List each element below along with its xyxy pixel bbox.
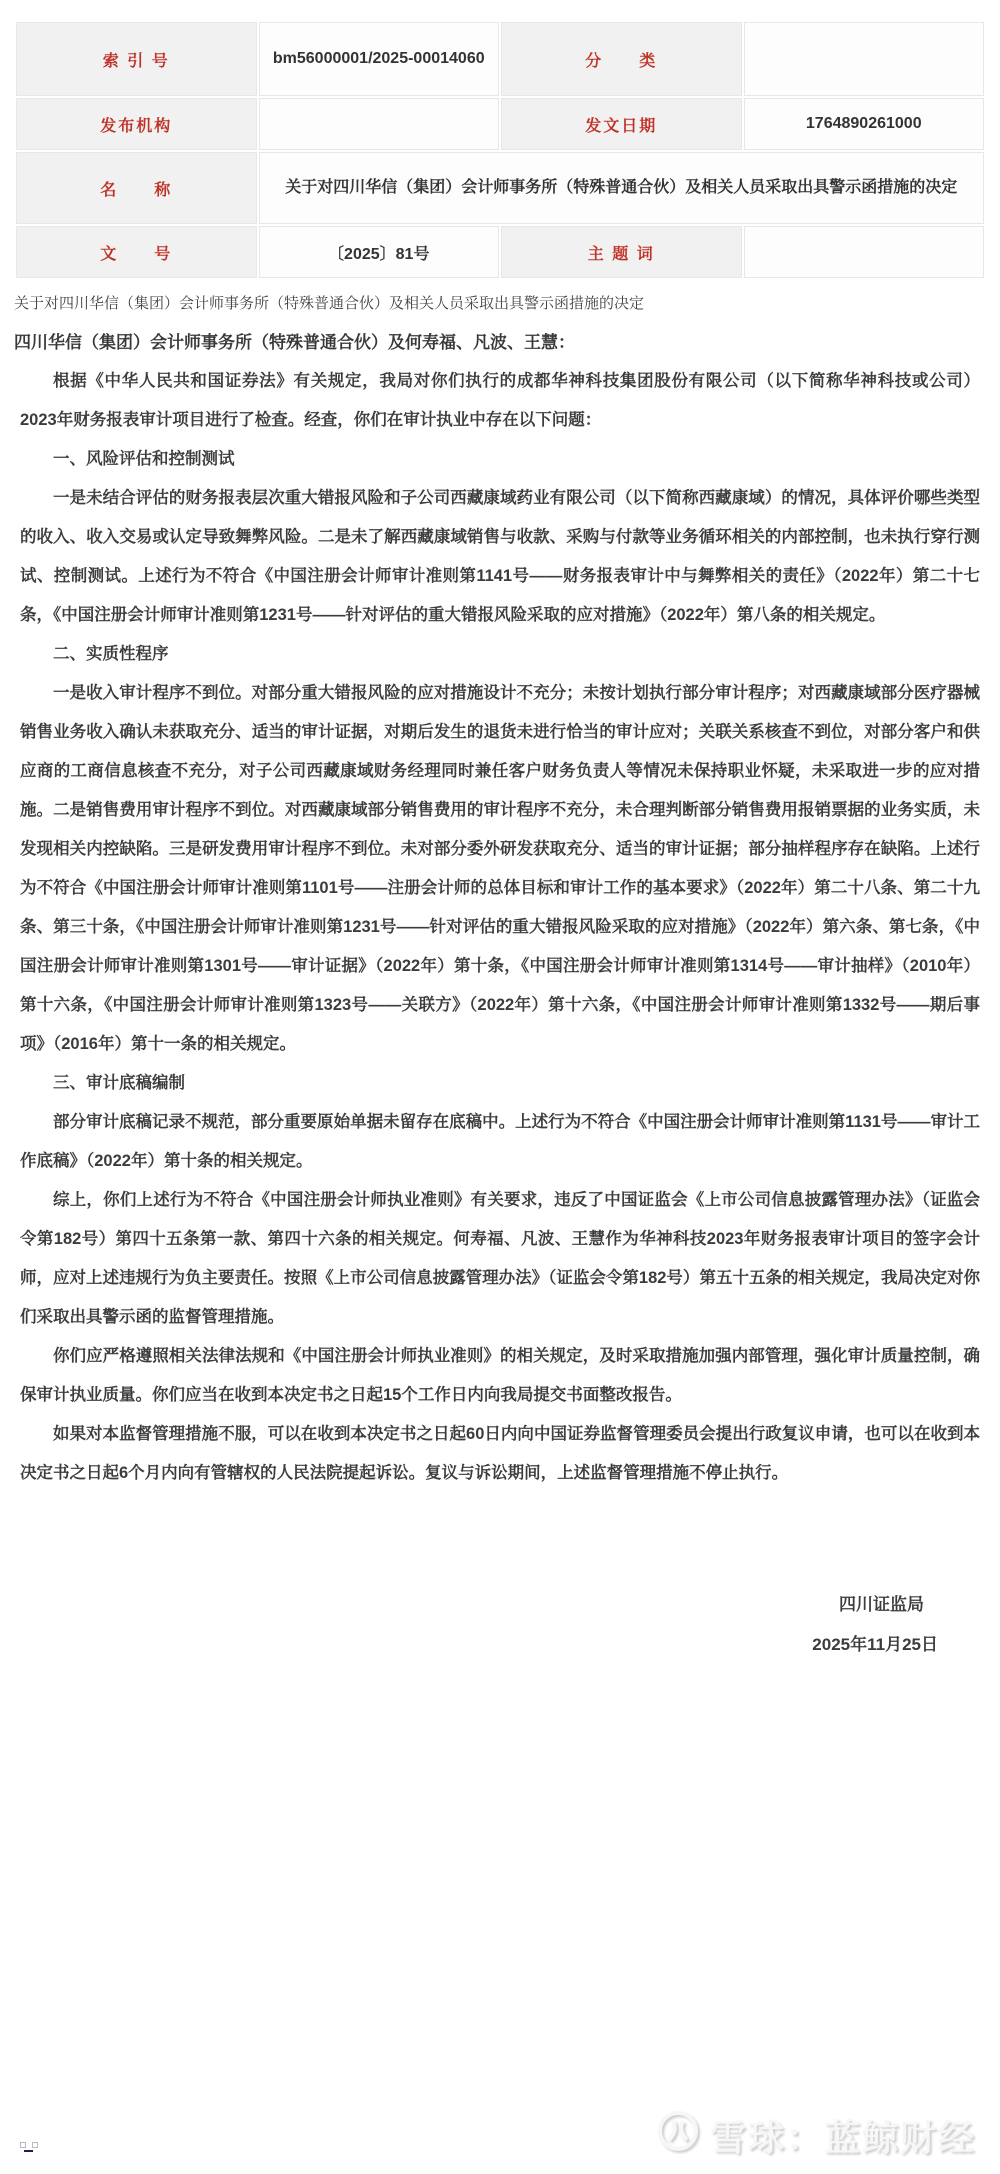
meta-row-issuer: 发布机构 发文日期 1764890261000: [15, 97, 985, 151]
document-body: 根据《中华人民共和国证券法》有关规定，我局对你们执行的成都华神科技集团股份有限公…: [14, 362, 986, 1493]
issuer-value: [258, 97, 501, 151]
page: 索 引 号 bm56000001/2025-00014060 分 类 发布机构 …: [0, 0, 1000, 2174]
paragraph-intro: 根据《中华人民共和国证券法》有关规定，我局对你们执行的成都华神科技集团股份有限公…: [20, 362, 980, 440]
section-heading-1: 一、风险评估和控制测试: [20, 440, 980, 479]
document-container: 索 引 号 bm56000001/2025-00014060 分 类 发布机构 …: [0, 0, 1000, 1665]
issue-date-label: 发文日期: [500, 97, 743, 151]
watermark-text: 雪球：蓝鲸财经: [710, 2110, 976, 2161]
paragraph-section-1: 一是未结合评估的财务报表层次重大错报风险和子公司西藏康域药业有限公司（以下简称西…: [20, 479, 980, 635]
issuer-label: 发布机构: [15, 97, 258, 151]
section-heading-3: 三、审计底稿编制: [20, 1064, 980, 1103]
doc-number-value: 〔2025〕81号: [258, 225, 501, 279]
signature-agency: 四川证监局: [14, 1585, 938, 1625]
section-heading-2: 二、实质性程序: [20, 635, 980, 674]
document-title: 关于对四川华信（集团）会计师事务所（特殊普通合伙）及相关人员采取出具警示函措施的…: [14, 293, 986, 315]
category-value: [743, 21, 986, 97]
watermark: 雪球：蓝鲸财经: [656, 2109, 976, 2162]
paragraph-appeal: 如果对本监督管理措施不服，可以在收到本决定书之日起60日内向中国证券监督管理委员…: [20, 1415, 980, 1493]
doc-number-label: 文 号: [15, 225, 258, 279]
name-value: 关于对四川华信（集团）会计师事务所（特殊普通合伙）及相关人员采取出具警示函措施的…: [258, 151, 986, 225]
paragraph-rectification: 你们应严格遵照相关法律法规和《中国注册会计师执业准则》的相关规定，及时采取措施加…: [20, 1337, 980, 1415]
issue-date-value: 1764890261000: [743, 97, 986, 151]
meta-row-docno: 文 号 〔2025〕81号 主 题 词: [15, 225, 985, 279]
paragraph-section-2: 一是收入审计程序不到位。对部分重大错报风险的应对措施设计不充分；未按计划执行部分…: [20, 674, 980, 1064]
index-number-value: bm56000001/2025-00014060: [258, 21, 501, 97]
name-label: 名 称: [15, 151, 258, 225]
metadata-table: 索 引 号 bm56000001/2025-00014060 分 类 发布机构 …: [14, 20, 986, 280]
subject-words-value: [743, 225, 986, 279]
broken-glyph-icon: [20, 2142, 38, 2152]
paragraph-section-3: 部分审计底稿记录不规范，部分重要原始单据未留存在底稿中。上述行为不符合《中国注册…: [20, 1103, 980, 1181]
category-label: 分 类: [500, 21, 743, 97]
salutation-line: 四川华信（集团）会计师事务所（特殊普通合伙）及何寿福、凡波、王慧：: [14, 328, 986, 358]
signature-block: 四川证监局 2025年11月25日: [14, 1585, 986, 1665]
signature-date: 2025年11月25日: [14, 1625, 938, 1665]
meta-row-index: 索 引 号 bm56000001/2025-00014060 分 类: [15, 21, 985, 97]
meta-row-name: 名 称 关于对四川华信（集团）会计师事务所（特殊普通合伙）及相关人员采取出具警示…: [15, 151, 985, 225]
subject-words-label: 主 题 词: [500, 225, 743, 279]
snowball-icon: [656, 2109, 700, 2162]
index-number-label: 索 引 号: [15, 21, 258, 97]
paragraph-conclusion: 综上，你们上述行为不符合《中国注册会计师执业准则》有关要求，违反了中国证监会《上…: [20, 1181, 980, 1337]
